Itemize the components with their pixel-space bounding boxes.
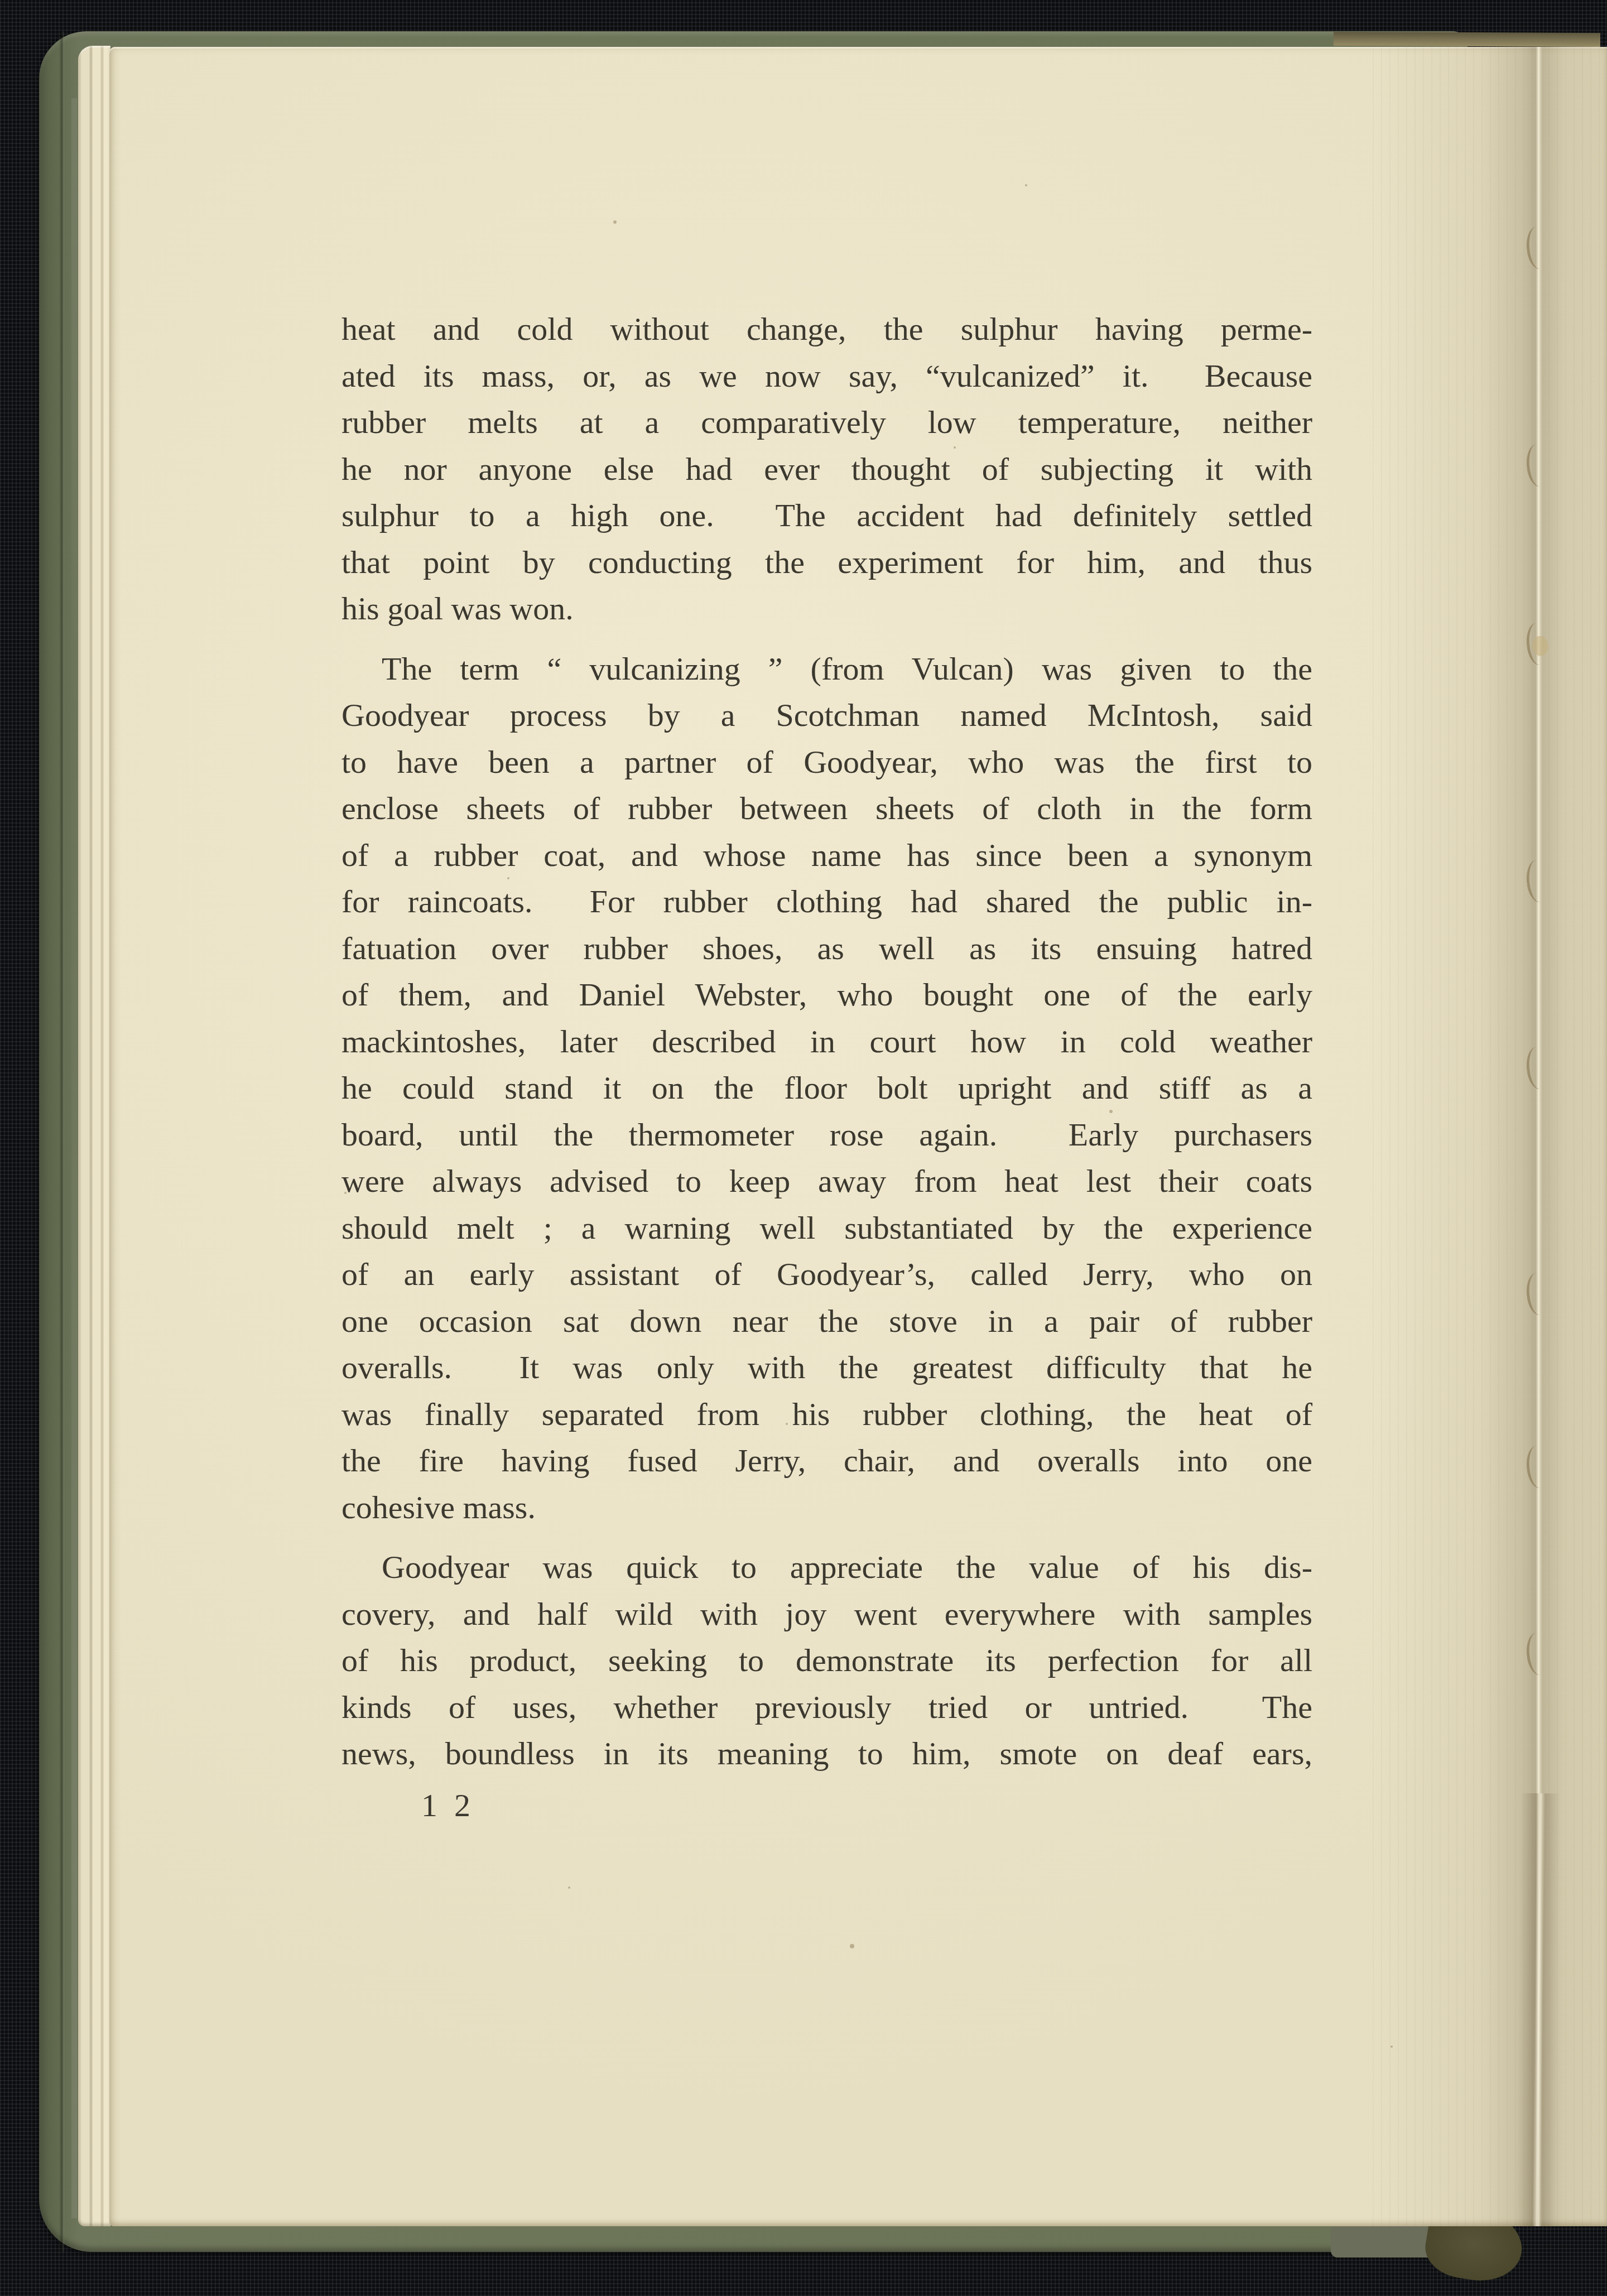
text-line: sulphur to a high one. The accident had …: [341, 492, 1312, 539]
text-line: enclose sheets of rubber between sheets …: [341, 785, 1312, 832]
text-line: cohesive mass.: [341, 1484, 1312, 1531]
cover-edge-top: [1334, 32, 1600, 47]
paper-specks: [109, 47, 112, 49]
book-page: heat and cold without change, the sulphu…: [109, 47, 1607, 2226]
text-line: rubber melts at a comparatively low temp…: [341, 399, 1312, 446]
text-line: heat and cold without change, the sulphu…: [341, 306, 1312, 353]
paragraph: Goodyear was quick to appreciate the val…: [341, 1544, 1312, 1777]
text-line: were always advised to keep away from he…: [341, 1158, 1312, 1205]
text-line: kinds of uses, whether previously tried …: [341, 1684, 1312, 1731]
text-line: The term “ vulcanizing ” (from Vulcan) w…: [341, 646, 1312, 692]
page-number: 12: [421, 1787, 487, 1824]
text-line: of his product, seeking to demonstrate i…: [341, 1637, 1312, 1684]
text-line: he could stand it on the floor bolt upri…: [341, 1065, 1312, 1111]
text-line: fatuation over rubber shoes, as well as …: [341, 925, 1312, 972]
text-line: that point by conducting the experiment …: [341, 539, 1312, 586]
text-line: covery, and half wild with joy went ever…: [341, 1591, 1312, 1638]
book-scan-photo: heat and cold without change, the sulphu…: [0, 0, 1607, 2296]
page-edge-stack: [78, 46, 110, 2226]
text-line: of an early assistant of Goodyear’s, cal…: [341, 1251, 1312, 1298]
page-text: heat and cold without change, the sulphu…: [341, 306, 1312, 1777]
text-line: ated its mass, or, as we now say, “vulca…: [341, 353, 1312, 399]
text-line: news, boundless in its meaning to him, s…: [341, 1730, 1312, 1777]
text-line: overalls. It was only with the greatest …: [341, 1344, 1312, 1391]
text-line: of them, and Daniel Webster, who bought …: [341, 971, 1312, 1018]
text-line: he nor anyone else had ever thought of s…: [341, 446, 1312, 493]
text-line: his goal was won.: [341, 585, 1312, 632]
text-line: to have been a partner of Goodyear, who …: [341, 739, 1312, 786]
text-line: Goodyear was quick to appreciate the val…: [341, 1544, 1312, 1591]
text-line: was finally separated from his rubber cl…: [341, 1391, 1312, 1438]
text-line: one occasion sat down near the stove in …: [341, 1298, 1312, 1345]
paragraph: The term “ vulcanizing ” (from Vulcan) w…: [341, 646, 1312, 1531]
text-line: the fire having fused Jerry, chair, and …: [341, 1437, 1312, 1484]
text-line: mackintoshes, later described in court h…: [341, 1018, 1312, 1065]
paragraph: heat and cold without change, the sulphu…: [341, 306, 1312, 632]
gutter-crease: [1515, 1793, 1560, 2227]
text-line: should melt ; a warning well substantiat…: [341, 1205, 1312, 1252]
text-line: for raincoats. For rubber clothing had s…: [341, 878, 1312, 925]
text-line: Goodyear process by a Scotchman named Mc…: [341, 692, 1312, 739]
gutter-shading: [1373, 47, 1607, 2226]
text-line: of a rubber coat, and whose name has sin…: [341, 832, 1312, 879]
text-line: board, until the thermometer rose again.…: [341, 1111, 1312, 1158]
